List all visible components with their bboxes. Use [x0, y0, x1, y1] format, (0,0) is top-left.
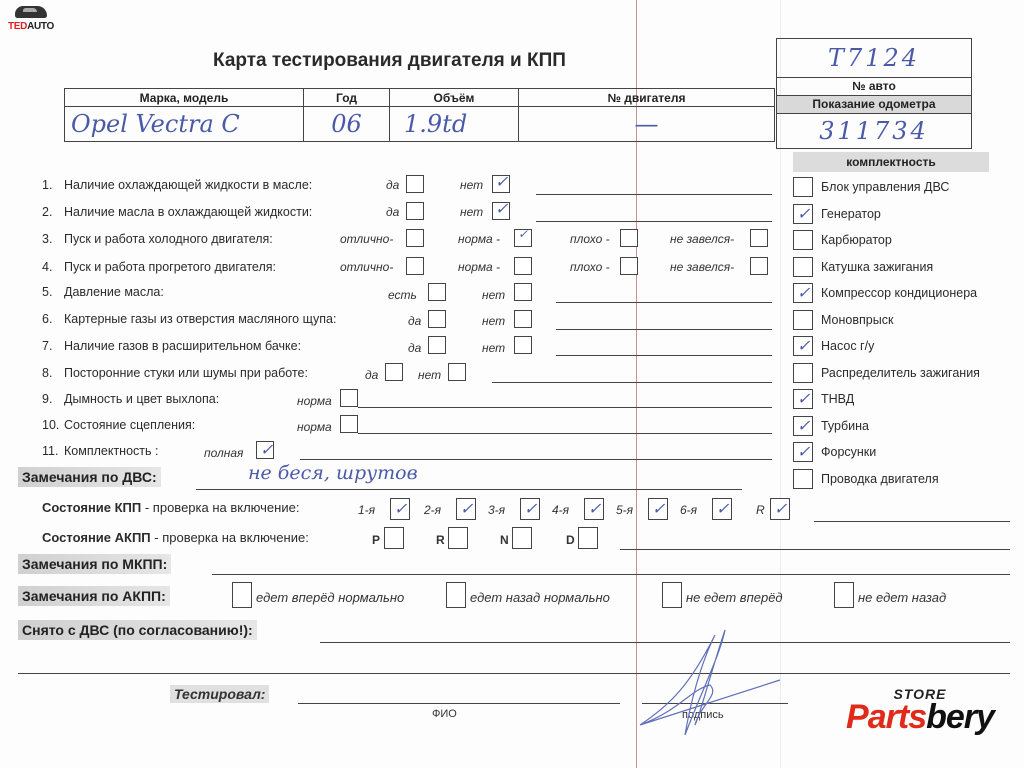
komplektnost-checkbox[interactable]: [793, 177, 813, 197]
question-6: 6.Картерные газы из отверстия масляного …: [42, 312, 336, 326]
komplektnost-checkbox[interactable]: ✓: [793, 204, 813, 224]
auto-number-label: № авто: [777, 77, 971, 95]
question-4: 4.Пуск и работа прогретого двигателя:: [42, 260, 276, 274]
header-engine-number: № двигателя: [519, 89, 775, 107]
q8-no-checkbox[interactable]: [448, 363, 466, 381]
volume-value: 1.9td: [404, 110, 467, 138]
option-label: да: [408, 341, 421, 355]
akpp-position-label: P: [372, 533, 380, 547]
q8-yes-checkbox[interactable]: [385, 363, 403, 381]
akpp-remark-checkbox[interactable]: [834, 582, 854, 608]
akpp-label: Состояние АКПП - проверка на включение:: [42, 530, 309, 545]
akpp-remark-label: не едет назад: [858, 590, 946, 605]
notes-line[interactable]: [556, 329, 772, 330]
option-label: норма: [297, 394, 332, 408]
gear-label: 6-я: [680, 503, 697, 517]
question-5: 5.Давление масла:: [42, 285, 164, 299]
q9-normal-checkbox[interactable]: [340, 389, 358, 407]
q5-yes-checkbox[interactable]: [428, 283, 446, 301]
option-label: полная: [204, 446, 243, 460]
q4-normal-checkbox[interactable]: [514, 257, 532, 275]
question-2: 2.Наличие масла в охлаждающей жидкости:: [42, 205, 312, 219]
header-model: Марка, модель: [65, 89, 304, 107]
logo-text-red: Parts: [846, 698, 926, 736]
check-mark-icon: ✓: [797, 285, 810, 301]
komplektnost-label: Проводка двигателя: [821, 472, 939, 486]
engine-number-field[interactable]: —: [519, 107, 775, 142]
q4-bad-checkbox[interactable]: [620, 257, 638, 275]
model-value: Opel Vectra C: [71, 110, 240, 138]
question-7: 7.Наличие газов в расширительном бачке:: [42, 339, 301, 353]
check-mark-icon: ✓: [394, 501, 407, 517]
q3-bad-checkbox[interactable]: [620, 229, 638, 247]
check-mark-icon: ✓: [588, 501, 601, 517]
name-caption: ФИО: [432, 708, 457, 720]
option-label: отлично-: [340, 232, 393, 246]
header-year: Год: [304, 89, 390, 107]
check-mark-icon: ✓: [524, 501, 537, 517]
check-mark-icon: ✓: [797, 338, 810, 354]
volume-field[interactable]: 1.9td: [390, 107, 519, 142]
akpp-position-label: N: [500, 533, 509, 547]
option-label: нет: [482, 314, 505, 328]
question-9: 9.Дымность и цвет выхлопа:: [42, 392, 219, 406]
question-11: 11.Комплектность :: [42, 444, 158, 458]
akpp-position-checkbox[interactable]: [448, 527, 468, 549]
notes-line[interactable]: [492, 382, 772, 383]
option-label: норма -: [458, 260, 500, 274]
akpp-position-checkbox[interactable]: [578, 527, 598, 549]
komplektnost-checkbox[interactable]: [793, 257, 813, 277]
notes-line[interactable]: [556, 355, 772, 356]
q7-yes-checkbox[interactable]: [428, 336, 446, 354]
option-label: плохо -: [570, 260, 610, 274]
removed-line-2[interactable]: [18, 673, 1010, 674]
option-label: есть: [388, 288, 417, 302]
signature-scribble: [630, 625, 790, 745]
q5-no-checkbox[interactable]: [514, 283, 532, 301]
akpp-remark-label: едет назад нормально: [470, 590, 610, 605]
q4-excellent-checkbox[interactable]: [406, 257, 424, 275]
check-mark-icon: ✓: [797, 444, 810, 460]
gear-label: 4-я: [552, 503, 569, 517]
auto-number-field[interactable]: T7124: [777, 39, 971, 77]
check-mark-icon: ✓: [460, 501, 473, 517]
notes-line[interactable]: [536, 194, 772, 195]
name-line[interactable]: [298, 703, 620, 704]
komplektnost-label: Блок управления ДВС: [821, 180, 949, 194]
komplektnost-label: Карбюратор: [821, 233, 892, 247]
partsbery-logo: STORE Partsbery: [832, 686, 1008, 734]
gear-checkbox[interactable]: ✓: [520, 498, 540, 520]
year-value: 06: [331, 110, 362, 138]
notes-line[interactable]: [358, 407, 772, 408]
check-mark-icon: ✓: [495, 201, 508, 217]
question-1: 1.Наличие охлаждающей жидкости в масле:: [42, 178, 312, 192]
q6-no-checkbox[interactable]: [514, 310, 532, 328]
notes-line[interactable]: [358, 433, 772, 434]
komplektnost-label: Моновпрыск: [821, 313, 893, 327]
check-mark-icon: ✓: [797, 418, 810, 434]
check-mark-icon: ✓: [797, 391, 810, 407]
gear-label: R: [756, 503, 765, 517]
option-label: нет: [482, 341, 505, 355]
remarks-dvs-label: Замечания по ДВС:: [18, 467, 161, 487]
komplektnost-checkbox[interactable]: ✓: [793, 283, 813, 303]
check-mark-icon: ✓: [495, 174, 508, 190]
akpp-position-checkbox[interactable]: [384, 527, 404, 549]
option-label: не завелся-: [670, 260, 734, 274]
q10-normal-checkbox[interactable]: [340, 415, 358, 433]
gear-checkbox[interactable]: ✓: [390, 498, 410, 520]
q3-normal-checkbox[interactable]: ✓: [514, 229, 532, 247]
notes-line[interactable]: [300, 459, 772, 460]
auto-info-box: T7124 № авто Показание одометра 311734: [776, 38, 972, 149]
komplektnost-checkbox[interactable]: [793, 310, 813, 330]
q1-no-checkbox[interactable]: ✓: [492, 175, 510, 193]
check-mark-icon: ✓: [797, 206, 810, 222]
logo-text-dark: bery: [926, 698, 994, 736]
option-label: нет: [482, 288, 505, 302]
auto-number-value: T7124: [828, 44, 920, 72]
q1-yes-checkbox[interactable]: [406, 175, 424, 193]
option-label: да: [386, 178, 399, 192]
question-3: 3.Пуск и работа холодного двигателя:: [42, 232, 273, 246]
year-field[interactable]: 06: [304, 107, 390, 142]
removed-label: Снято с ДВС (по согласованию!):: [18, 620, 257, 640]
question-10: 10.Состояние сцепления:: [42, 418, 195, 432]
gear-checkbox[interactable]: ✓: [712, 498, 732, 520]
komplektnost-label: Насос г/у: [821, 339, 874, 353]
akpp-remark-label: не едет вперёд: [686, 590, 783, 605]
gear-checkbox[interactable]: ✓: [456, 498, 476, 520]
komplektnost-label: Форсунки: [821, 445, 876, 459]
komplektnost-checkbox[interactable]: ✓: [793, 416, 813, 436]
q3-excellent-checkbox[interactable]: [406, 229, 424, 247]
komplektnost-label: Компрессор кондиционера: [821, 286, 977, 300]
odometer-label: Показание одометра: [777, 95, 971, 113]
option-label: отлично-: [340, 260, 393, 274]
vehicle-table: Марка, модель Год Объём № двигателя Opel…: [64, 88, 775, 142]
question-8: 8.Посторонние стуки или шумы при работе:: [42, 366, 308, 380]
gear-label: 5-я: [616, 503, 633, 517]
tedauto-logo: TEDAUTO: [6, 6, 56, 32]
gear-label: 1-я: [358, 503, 375, 517]
komplektnost-checkbox[interactable]: ✓: [793, 389, 813, 409]
remarks-akpp-label: Замечания по АКПП:: [18, 586, 170, 606]
logo-text-red: TED: [8, 21, 27, 32]
engine-number-value: —: [635, 110, 659, 138]
gear-label: 2-я: [424, 503, 441, 517]
option-label: да: [365, 368, 378, 382]
komplektnost-checkbox[interactable]: ✓: [793, 336, 813, 356]
komplektnost-checkbox[interactable]: [793, 469, 813, 489]
akpp-position-checkbox[interactable]: [512, 527, 532, 549]
kpp-label: Состояние КПП - проверка на включение:: [42, 500, 299, 515]
option-label: да: [386, 205, 399, 219]
option-label: нет: [418, 368, 441, 382]
logo-text-dark: AUTO: [27, 21, 54, 32]
check-mark-icon: ✓: [774, 501, 787, 517]
remarks-dvs-line[interactable]: [196, 489, 742, 490]
akpp-remark-checkbox[interactable]: [232, 582, 252, 608]
q6-yes-checkbox[interactable]: [428, 310, 446, 328]
komplektnost-header: комплектность: [793, 152, 989, 172]
komplektnost-checkbox[interactable]: [793, 363, 813, 383]
remarks-mkpp-line[interactable]: [212, 574, 1010, 575]
option-label: нет: [460, 178, 483, 192]
akpp-remark-label: едет вперёд нормально: [256, 590, 404, 605]
option-label: нет: [460, 205, 483, 219]
q11-full-checkbox[interactable]: ✓: [256, 441, 274, 459]
check-mark-icon: ✓: [652, 501, 665, 517]
notes-line[interactable]: [536, 221, 772, 222]
komplektnost-label: Генератор: [821, 207, 881, 221]
komplektnost-checkbox[interactable]: [793, 230, 813, 250]
option-label: не завелся-: [670, 232, 734, 246]
q3-not-started-checkbox[interactable]: [750, 229, 768, 247]
gear-checkbox[interactable]: ✓: [770, 498, 790, 520]
tested-by-label: Тестировал:: [170, 685, 269, 703]
check-mark-icon: ✓: [518, 226, 528, 242]
odometer-field[interactable]: 311734: [777, 113, 971, 148]
check-mark-icon: ✓: [260, 442, 273, 458]
gear-checkbox[interactable]: ✓: [648, 498, 668, 520]
option-label: норма -: [458, 232, 500, 246]
model-field[interactable]: Opel Vectra C: [65, 107, 304, 142]
q2-no-checkbox[interactable]: ✓: [492, 202, 510, 220]
komplektnost-label: Катушка зажигания: [821, 260, 933, 274]
odometer-value: 311734: [819, 117, 929, 145]
header-volume: Объём: [390, 89, 519, 107]
option-label: плохо -: [570, 232, 610, 246]
remarks-dvs-value: не беся, шрутов: [248, 462, 418, 484]
q4-not-started-checkbox[interactable]: [750, 257, 768, 275]
akpp-position-label: R: [436, 533, 445, 547]
notes-line[interactable]: [556, 302, 772, 303]
q2-yes-checkbox[interactable]: [406, 202, 424, 220]
gear-label: 3-я: [488, 503, 505, 517]
komplektnost-label: Турбина: [821, 419, 869, 433]
car-icon: [15, 6, 47, 18]
akpp-remark-checkbox[interactable]: [662, 582, 682, 608]
notes-line[interactable]: [814, 521, 1010, 522]
komplektnost-checkbox[interactable]: ✓: [793, 442, 813, 462]
akpp-remark-checkbox[interactable]: [446, 582, 466, 608]
q7-no-checkbox[interactable]: [514, 336, 532, 354]
komplektnost-label: ТНВД: [821, 392, 854, 406]
remarks-mkpp-label: Замечания по МКПП:: [18, 554, 171, 574]
notes-line[interactable]: [620, 549, 1010, 550]
check-mark-icon: ✓: [716, 501, 729, 517]
option-label: норма: [297, 420, 332, 434]
akpp-position-label: D: [566, 533, 575, 547]
gear-checkbox[interactable]: ✓: [584, 498, 604, 520]
option-label: да: [408, 314, 421, 328]
page-title: Карта тестирования двигателя и КПП: [213, 50, 566, 72]
komplektnost-label: Распределитель зажигания: [821, 366, 980, 380]
